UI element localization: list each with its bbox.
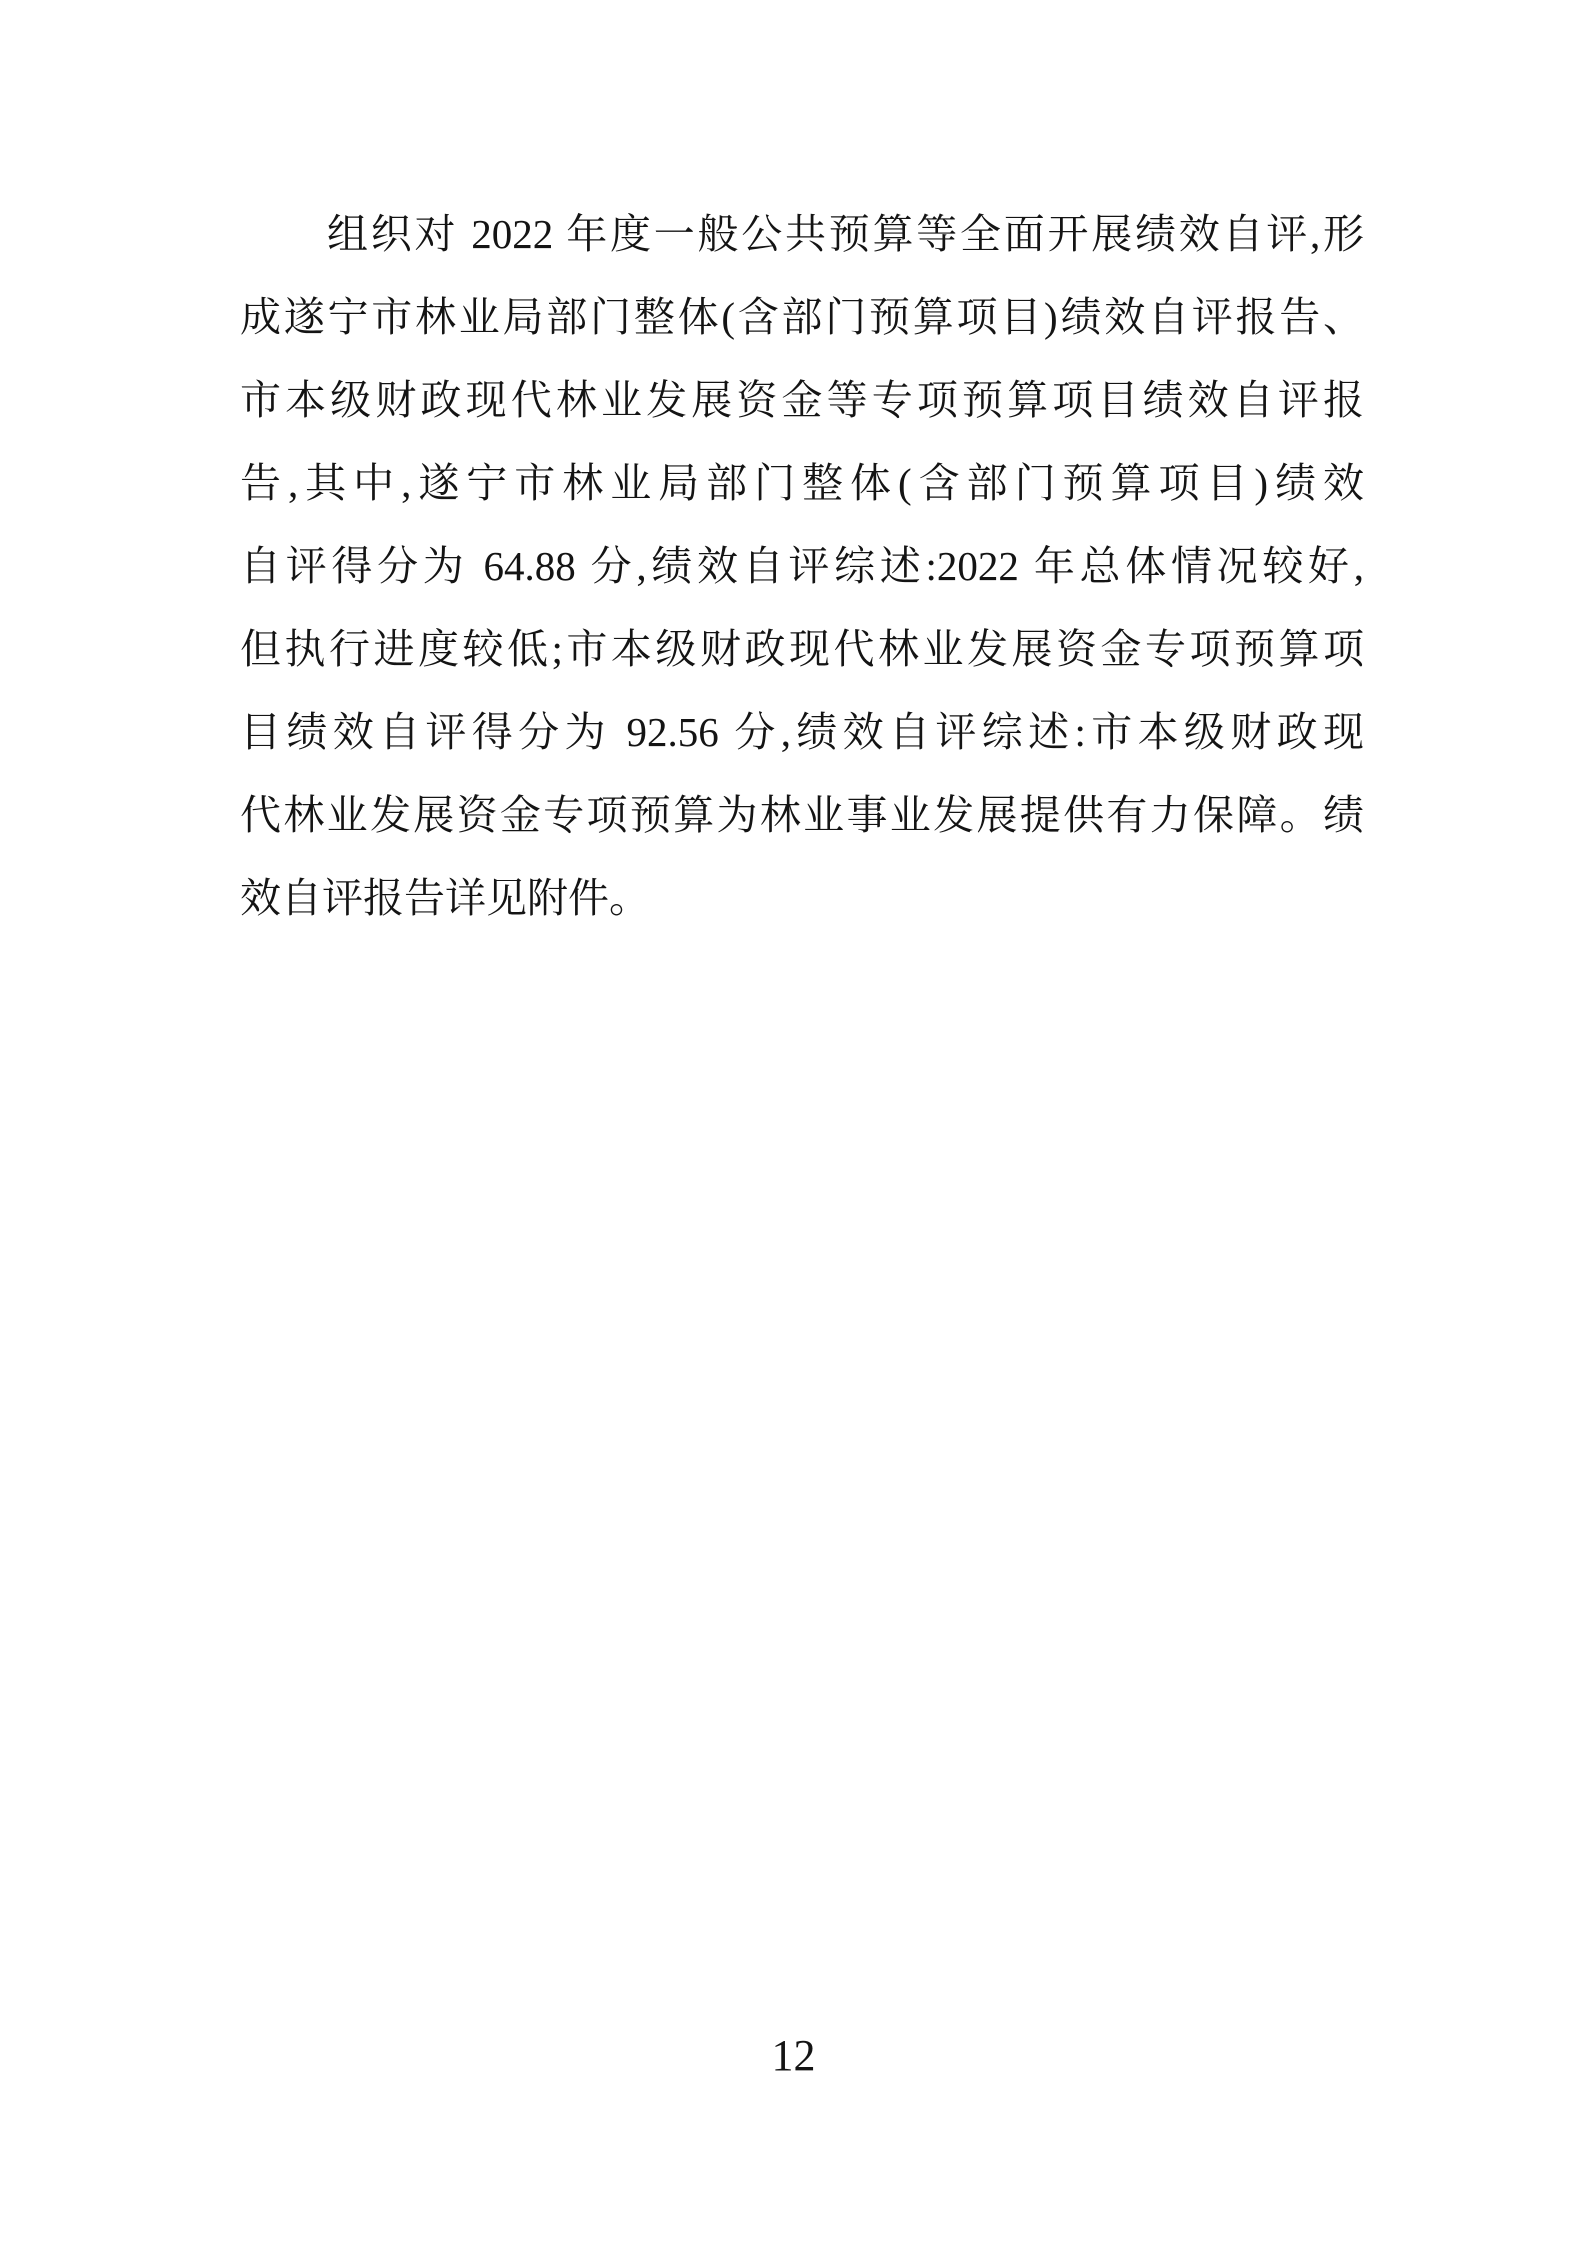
body-paragraph: 组织对 2022 年度一般公共预算等全面开展绩效自评,形 成遂宁市林业局部门整体… — [240, 193, 1364, 940]
paragraph-line-8: 代林业发展资金专项预算为林业事业发展提供有力保障。绩 — [240, 774, 1364, 857]
page-number: 12 — [0, 2032, 1587, 2080]
paragraph-line-5: 自评得分为 64.88 分,绩效自评综述:2022 年总体情况较好, — [240, 525, 1364, 608]
paragraph-line-1: 组织对 2022 年度一般公共预算等全面开展绩效自评,形 — [240, 193, 1364, 276]
paragraph-line-9: 效自评报告详见附件。 — [240, 857, 1364, 940]
paragraph-line-3: 市本级财政现代林业发展资金等专项预算项目绩效自评报 — [240, 359, 1364, 442]
paragraph-line-6: 但执行进度较低;市本级财政现代林业发展资金专项预算项 — [240, 608, 1364, 691]
paragraph-line-2: 成遂宁市林业局部门整体(含部门预算项目)绩效自评报告、 — [240, 276, 1364, 359]
paragraph-line-4: 告,其中,遂宁市林业局部门整体(含部门预算项目)绩效 — [240, 442, 1364, 525]
document-page: 组织对 2022 年度一般公共预算等全面开展绩效自评,形 成遂宁市林业局部门整体… — [0, 0, 1587, 2245]
paragraph-line-7: 目绩效自评得分为 92.56 分,绩效自评综述:市本级财政现 — [240, 691, 1364, 774]
